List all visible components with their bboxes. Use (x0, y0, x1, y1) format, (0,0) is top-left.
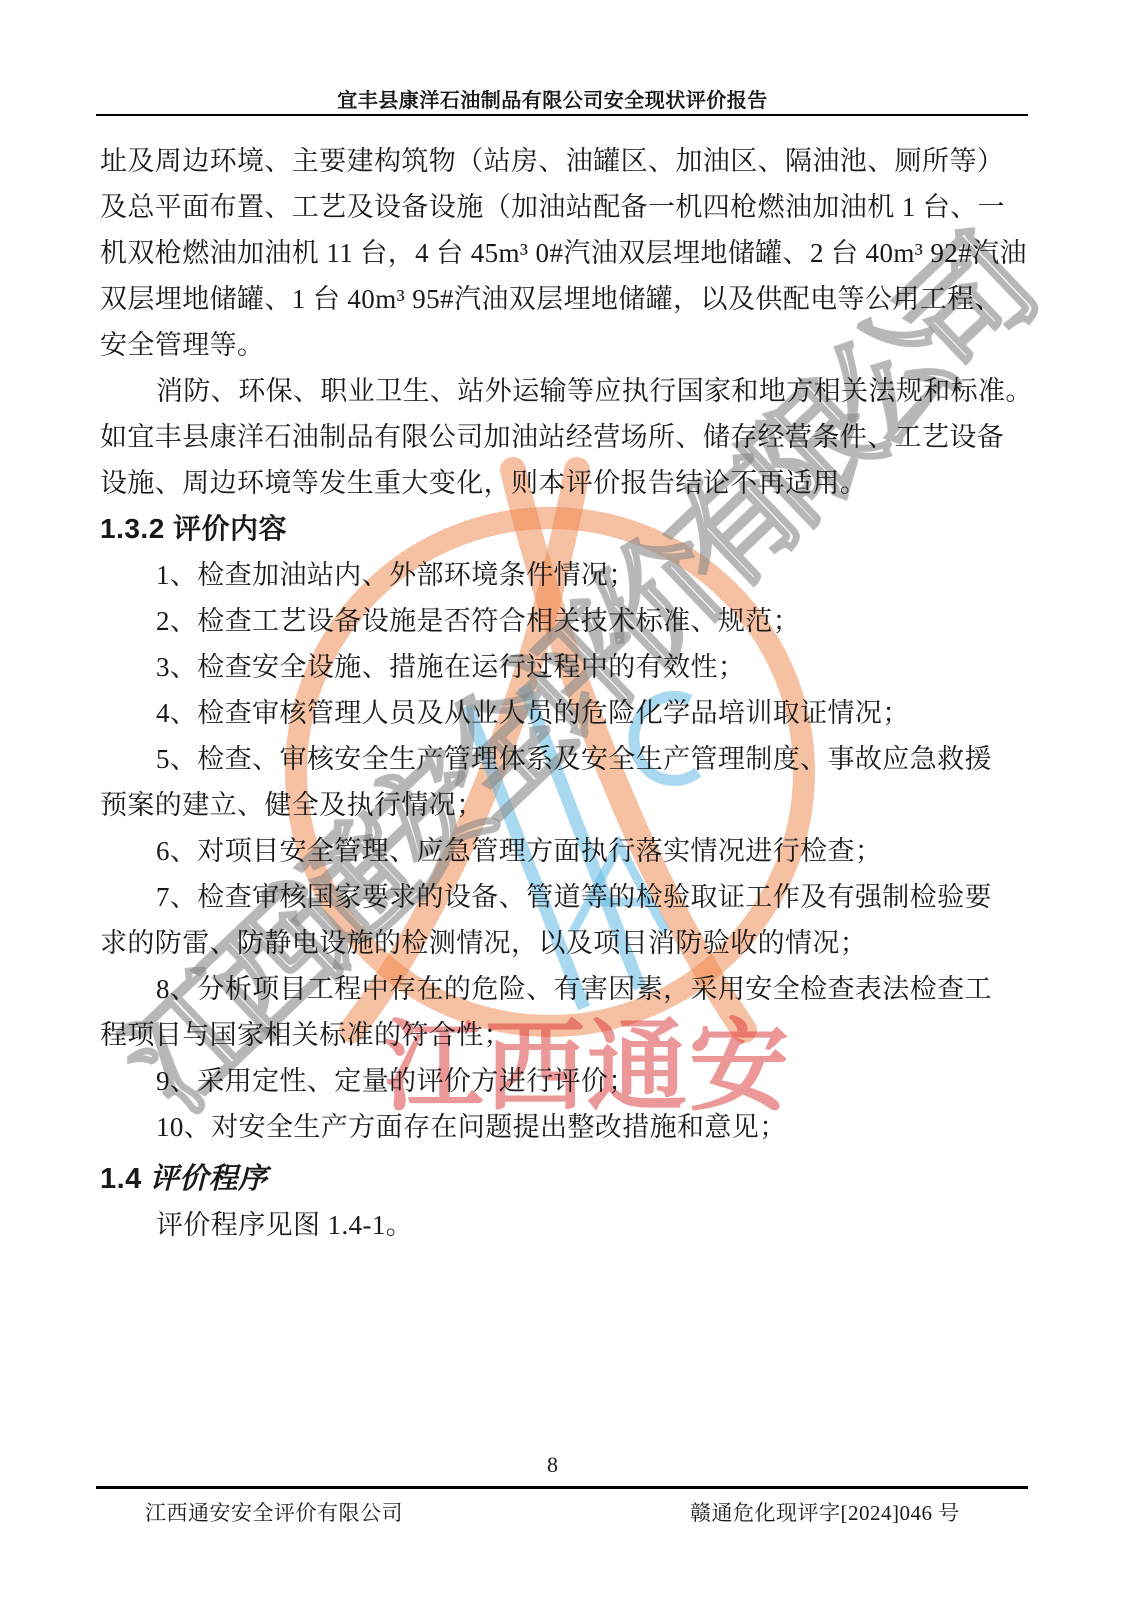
body-line: 及总平面布置、工艺及设备设施（加油站配备一机四枪燃油加油机 1 台、一 (100, 184, 1005, 230)
body-line: 如宜丰县康洋石油制品有限公司加油站经营场所、储存经营条件、工艺设备 (100, 414, 1005, 460)
body-line: 消防、环保、职业卫生、站外运输等应执行国家和地方相关法规和标准。 (100, 368, 1005, 414)
footer-rule (96, 1486, 1028, 1489)
body-line: 设施、周边环境等发生重大变化，则本评价报告结论不再适用。 (100, 460, 1005, 506)
list-item: 8、分析项目工程中存在的危险、有害因素，采用安全检查表法检查工 (100, 966, 1005, 1012)
section-title: 评价程序 (150, 1163, 268, 1195)
list-item: 7、检查审核国家要求的设备、管道等的检验取证工作及有强制检验要 (100, 874, 1005, 920)
body-line: 机双枪燃油加油机 11 台，4 台 45m³ 0#汽油双层埋地储罐、2 台 40… (100, 230, 1005, 276)
footer-doc-number: 赣通危化现评字[2024]046 号 (690, 1497, 960, 1527)
page-number: 8 (0, 1452, 1105, 1478)
list-item: 10、对安全生产方面存在问题提出整改措施和意见； (100, 1104, 1005, 1150)
list-item: 5、检查、审核安全生产管理体系及安全生产管理制度、事故应急救援 (100, 736, 1005, 782)
list-item: 4、检查审核管理人员及从业人员的危险化学品培训取证情况； (100, 690, 1005, 736)
header-rule (96, 114, 1028, 116)
list-item: 1、检查加油站内、外部环境条件情况； (100, 552, 1005, 598)
list-item: 9、采用定性、定量的评价方进行评价； (100, 1058, 1005, 1104)
report-page: { "header": { "title": "宜丰县康洋石油制品有限公司安全现… (0, 0, 1131, 1600)
content-column: 址及周边环境、主要建构筑物（站房、油罐区、加油区、隔油池、厕所等） 及总平面布置… (100, 138, 1005, 1248)
page-header-title: 宜丰县康洋石油制品有限公司安全现状评价报告 (0, 84, 1105, 113)
footer-company-name: 江西通安安全评价有限公司 (145, 1497, 403, 1527)
list-item-continuation: 预案的建立、健全及执行情况； (100, 782, 1005, 828)
section-heading-1-3-2: 1.3.2 评价内容 (100, 506, 1005, 552)
list-item: 3、检查安全设施、措施在运行过程中的有效性； (100, 644, 1005, 690)
body-line: 双层埋地储罐、1 台 40m³ 95#汽油双层埋地储罐，以及供配电等公用工程、 (100, 276, 1005, 322)
list-item-continuation: 程项目与国家相关标准的符合性； (100, 1012, 1005, 1058)
body-line: 评价程序见图 1.4-1。 (100, 1202, 1005, 1248)
body-line: 址及周边环境、主要建构筑物（站房、油罐区、加油区、隔油池、厕所等） (100, 138, 1005, 184)
section-number: 1.4 (100, 1163, 142, 1195)
document-body: 宜丰县康洋石油制品有限公司安全现状评价报告 址及周边环境、主要建构筑物（站房、油… (0, 0, 1131, 1600)
list-item: 2、检查工艺设备设施是否符合相关技术标准、规范； (100, 598, 1005, 644)
body-line: 安全管理等。 (100, 322, 1005, 368)
section-heading-1-4: 1.4 评价程序 (100, 1156, 1005, 1202)
list-item-continuation: 求的防雷、防静电设施的检测情况，以及项目消防验收的情况； (100, 920, 1005, 966)
list-item: 6、对项目安全管理、应急管理方面执行落实情况进行检查； (100, 828, 1005, 874)
